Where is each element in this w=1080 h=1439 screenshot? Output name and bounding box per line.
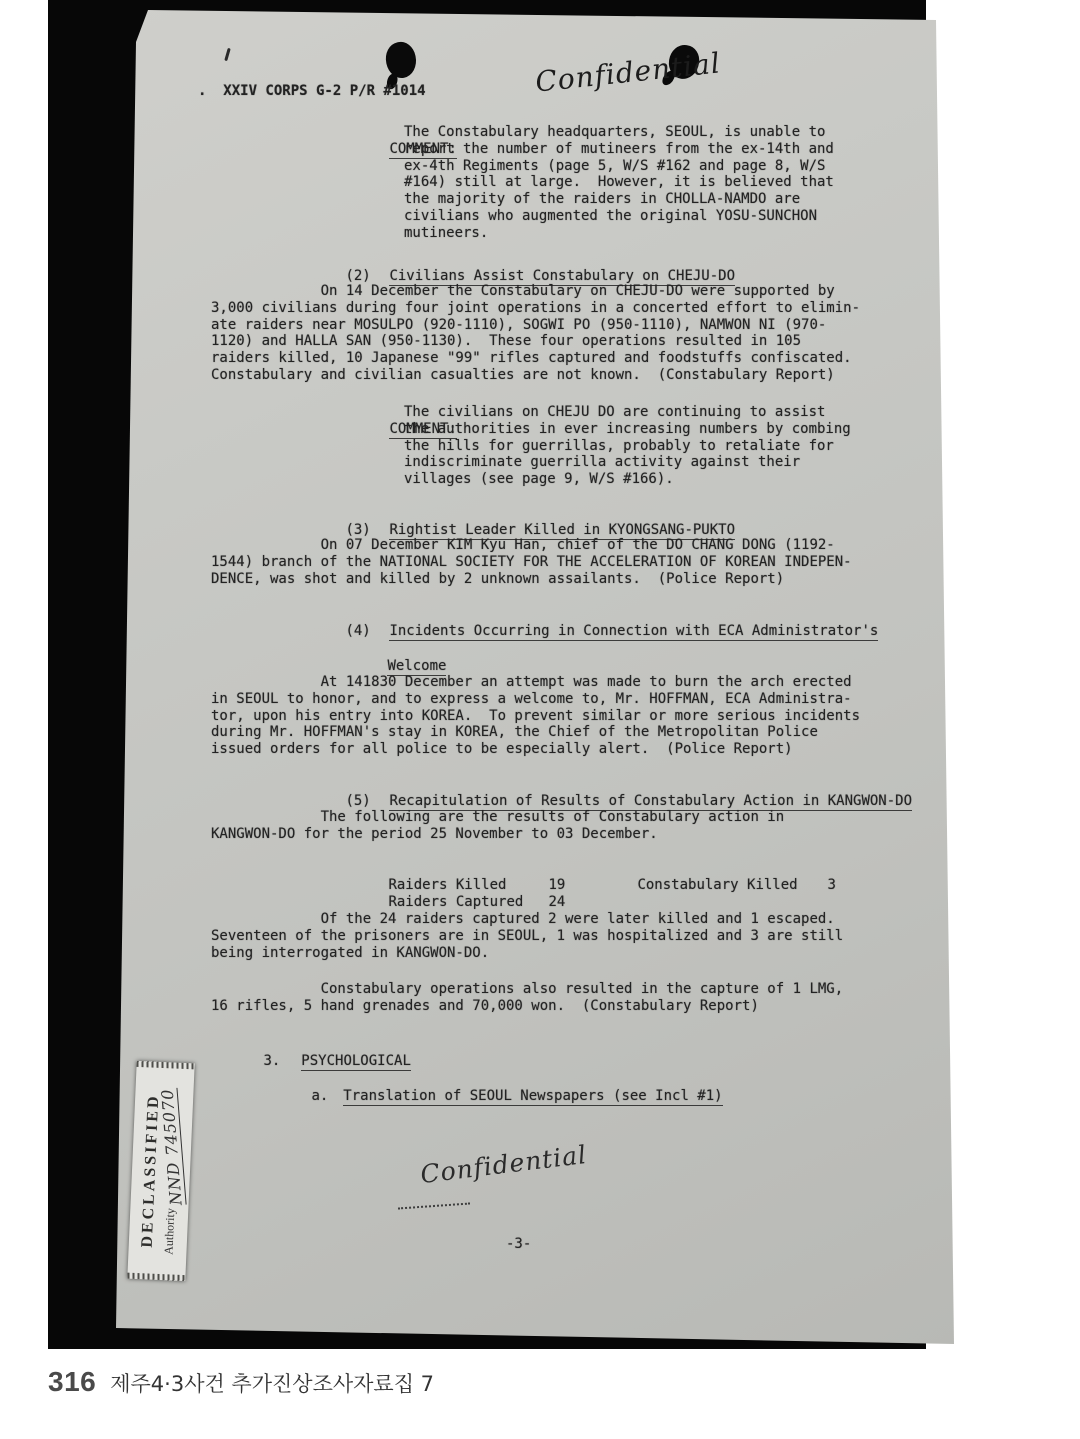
section-4-paragraph: At 141830 December an attempt was made t… bbox=[211, 674, 860, 758]
page-number: -3- bbox=[506, 1236, 531, 1253]
results-value: 24 bbox=[548, 894, 637, 911]
authority-number-handwriting: NND 745070 bbox=[157, 1088, 186, 1206]
results-value: 3 bbox=[827, 877, 835, 893]
book-page-number: 316 bbox=[48, 1366, 96, 1398]
results-label: Raiders Captured bbox=[388, 894, 548, 911]
heading-title: PSYCHOLOGICAL bbox=[301, 1053, 411, 1071]
pen-scribble-mark bbox=[398, 1202, 470, 1209]
section-5-paragraph-2: Of the 24 raiders captured 2 were later … bbox=[211, 911, 843, 961]
book-caption-text: 제주4·3사건 추가진상조사자료집 7 bbox=[110, 1368, 434, 1398]
heading-number: a. bbox=[311, 1088, 328, 1104]
ink-blot-mark bbox=[383, 39, 420, 80]
authority-line: AuthorityNND 745070 bbox=[157, 1088, 184, 1255]
section-2-paragraph: On 14 December the Constabulary on CHEJU… bbox=[211, 283, 860, 384]
book-page: . XXIV CORPS G-2 P/R #1014 Confidential … bbox=[0, 0, 1080, 1439]
section-3-paragraph: On 07 December KIM Kyu Han, chief of the… bbox=[211, 537, 852, 587]
section-5-paragraph: The following are the results of Constab… bbox=[211, 809, 784, 843]
section-5-paragraph-3: Constabulary operations also resulted in… bbox=[211, 981, 843, 1015]
item-a-heading: a.Translation of SEOUL Newspapers (see I… bbox=[244, 1071, 723, 1121]
pen-tick-mark bbox=[224, 48, 230, 61]
classification-handwriting-top: Confidential bbox=[534, 46, 722, 98]
heading-number: 3. bbox=[263, 1053, 280, 1069]
comment-body: The civilians on CHEJU DO are continuing… bbox=[404, 404, 851, 488]
book-caption: 316 제주4·3사건 추가진상조사자료집 7 bbox=[48, 1366, 434, 1398]
heading-title: Translation of SEOUL Newspapers (see Inc… bbox=[343, 1088, 722, 1106]
document-photo: . XXIV CORPS G-2 P/R #1014 Confidential … bbox=[48, 0, 926, 1349]
classification-handwriting-bottom: Confidential bbox=[419, 1140, 589, 1189]
comment-body: The Constabulary headquarters, SEOUL, is… bbox=[404, 124, 834, 242]
declassified-stamp: DECLASSIFIED AuthorityNND 745070 bbox=[127, 1061, 194, 1281]
report-header: . XXIV CORPS G-2 P/R #1014 bbox=[198, 83, 426, 100]
